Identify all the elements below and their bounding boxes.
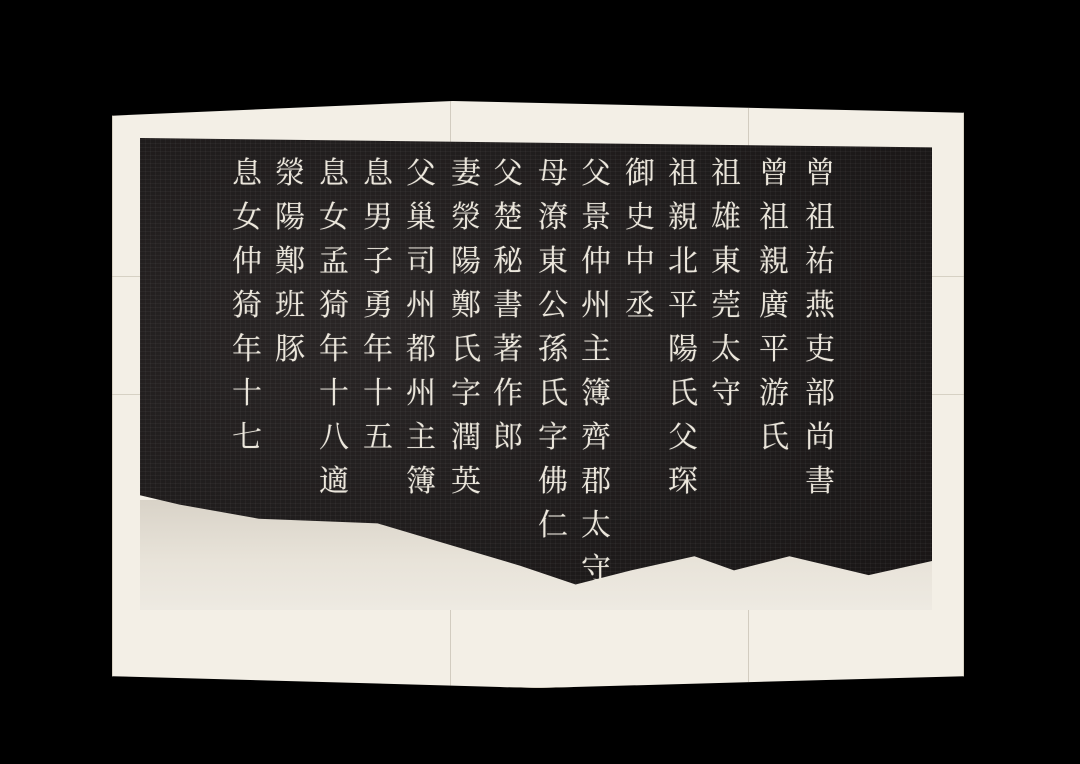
inscription-character: 景 — [581, 196, 611, 240]
inscription-character: 北 — [668, 240, 698, 284]
inscription-character: 作 — [493, 372, 523, 416]
inscription-character: 潤 — [451, 416, 481, 460]
inscription-character: 東 — [538, 240, 568, 284]
inscription-character: 氏 — [668, 372, 698, 416]
inscription-character: 仁 — [538, 504, 568, 548]
inscription-character: 廣 — [759, 284, 789, 328]
inscription-character: 郎 — [493, 416, 523, 460]
inscription-character: 祖 — [668, 152, 698, 196]
inscription-character: 曾 — [759, 152, 789, 196]
inscription-column: 祖雄東莞太守 — [706, 152, 746, 416]
inscription-character: 主 — [406, 416, 436, 460]
inscription-character: 父 — [493, 152, 523, 196]
inscription-character: 親 — [759, 240, 789, 284]
inscription-character: 齊 — [581, 416, 611, 460]
inscription-column: 母潦東公孫氏字佛仁 — [533, 152, 573, 548]
inscription-character: 陽 — [668, 328, 698, 372]
inscription-character: 孫 — [538, 328, 568, 372]
inscription-character: 父 — [668, 416, 698, 460]
inscription-character: 司 — [406, 240, 436, 284]
inscription-character: 班 — [275, 284, 305, 328]
inscription-character: 簿 — [581, 372, 611, 416]
inscription-character: 陽 — [451, 240, 481, 284]
inscription-character: 郡 — [581, 460, 611, 504]
inscription-character: 年 — [363, 328, 393, 372]
inscription-character: 御 — [625, 152, 655, 196]
inscription-character: 八 — [319, 416, 349, 460]
inscription-character: 年 — [319, 328, 349, 372]
inscription-character: 祖 — [805, 196, 835, 240]
inscription-character: 七 — [232, 416, 262, 460]
inscription-character: 公 — [538, 284, 568, 328]
inscription-character: 氏 — [759, 416, 789, 460]
inscription-character: 州 — [406, 284, 436, 328]
inscription-character: 部 — [805, 372, 835, 416]
inscription-character: 著 — [493, 328, 523, 372]
inscription-character: 息 — [319, 152, 349, 196]
inscription-character: 鄭 — [451, 284, 481, 328]
inscription-character: 妻 — [451, 152, 481, 196]
inscription-character: 滎 — [275, 152, 305, 196]
inscription-character: 女 — [232, 196, 262, 240]
inscription-character: 東 — [711, 240, 741, 284]
inscription-character: 州 — [406, 372, 436, 416]
inscription-character: 楚 — [493, 196, 523, 240]
inscription-character: 都 — [406, 328, 436, 372]
inscription-character: 十 — [319, 372, 349, 416]
inscription-character: 滎 — [451, 196, 481, 240]
inscription-character: 仲 — [232, 240, 262, 284]
inscription-column: 祖親北平陽氏父琛 — [663, 152, 703, 504]
inscription-character: 曾 — [805, 152, 835, 196]
inscription-character: 十 — [232, 372, 262, 416]
inscription-character: 英 — [451, 460, 481, 504]
inscription-character: 仲 — [581, 240, 611, 284]
inscription-character: 太 — [711, 328, 741, 372]
inscription-character: 猗 — [232, 284, 262, 328]
inscription-character: 巢 — [406, 196, 436, 240]
inscription-character: 祖 — [759, 196, 789, 240]
inscription-column: 父楚秘書著作郎 — [488, 152, 528, 460]
inscription-character: 年 — [232, 328, 262, 372]
inscription-character: 陽 — [275, 196, 305, 240]
inscription-character: 氏 — [538, 372, 568, 416]
inscription-character: 平 — [759, 328, 789, 372]
inscription-character: 父 — [406, 152, 436, 196]
inscription-character: 中 — [625, 240, 655, 284]
inscription-character: 主 — [581, 328, 611, 372]
inscription-character: 適 — [319, 460, 349, 504]
inscription-character: 孟 — [319, 240, 349, 284]
inscription-character: 祐 — [805, 240, 835, 284]
inscription-character: 琛 — [668, 460, 698, 504]
inscription-character: 守 — [581, 548, 611, 592]
inscription-character: 息 — [363, 152, 393, 196]
inscription-character: 秘 — [493, 240, 523, 284]
inscription-character: 平 — [668, 284, 698, 328]
inscription-character: 字 — [451, 372, 481, 416]
inscription-character: 潦 — [538, 196, 568, 240]
inscription-column: 息男子勇年十五 — [358, 152, 398, 460]
inscription-character: 字 — [538, 416, 568, 460]
inscription-character: 祖 — [711, 152, 741, 196]
inscription-character: 男 — [363, 196, 393, 240]
inscription-character: 燕 — [805, 284, 835, 328]
inscription-character: 猗 — [319, 284, 349, 328]
inscription-character: 州 — [581, 284, 611, 328]
inscription-column: 滎陽鄭班豚 — [270, 152, 310, 372]
inscription-column: 父景仲州主簿齊郡太守 — [576, 152, 616, 592]
inscription-character: 五 — [363, 416, 393, 460]
inscription-character: 鄭 — [275, 240, 305, 284]
inscription-character: 游 — [759, 372, 789, 416]
inscription-character: 息 — [232, 152, 262, 196]
inscription-character: 丞 — [625, 284, 655, 328]
inscription-character: 佛 — [538, 460, 568, 504]
inscription-column: 御史中丞 — [620, 152, 660, 328]
inscription-character: 勇 — [363, 284, 393, 328]
inscription-character: 書 — [493, 284, 523, 328]
inscription-character: 尚 — [805, 416, 835, 460]
inscription-character: 親 — [668, 196, 698, 240]
inscription-character: 氏 — [451, 328, 481, 372]
inscription-character: 莞 — [711, 284, 741, 328]
inscription-character: 母 — [538, 152, 568, 196]
inscription-character: 父 — [581, 152, 611, 196]
inscription-character: 吏 — [805, 328, 835, 372]
inscription-column: 息女仲猗年十七 — [227, 152, 267, 460]
inscription-column: 曾祖祐燕吏部尚書 — [800, 152, 840, 504]
inscription-character: 史 — [625, 196, 655, 240]
inscription-character: 豚 — [275, 328, 305, 372]
inscription-character: 簿 — [406, 460, 436, 504]
inscription-character: 十 — [363, 372, 393, 416]
inscription-column: 息女孟猗年十八適 — [314, 152, 354, 504]
inscription-column: 父巢司州都州主簿 — [401, 152, 441, 504]
inscription-column: 妻滎陽鄭氏字潤英 — [446, 152, 486, 504]
inscription-character: 太 — [581, 504, 611, 548]
inscription-character: 女 — [319, 196, 349, 240]
inscription-character: 子 — [363, 240, 393, 284]
inscription-column: 曾祖親廣平游氏 — [754, 152, 794, 460]
inscription-character: 守 — [711, 372, 741, 416]
inscription-character: 雄 — [711, 196, 741, 240]
inscription-character: 書 — [805, 460, 835, 504]
